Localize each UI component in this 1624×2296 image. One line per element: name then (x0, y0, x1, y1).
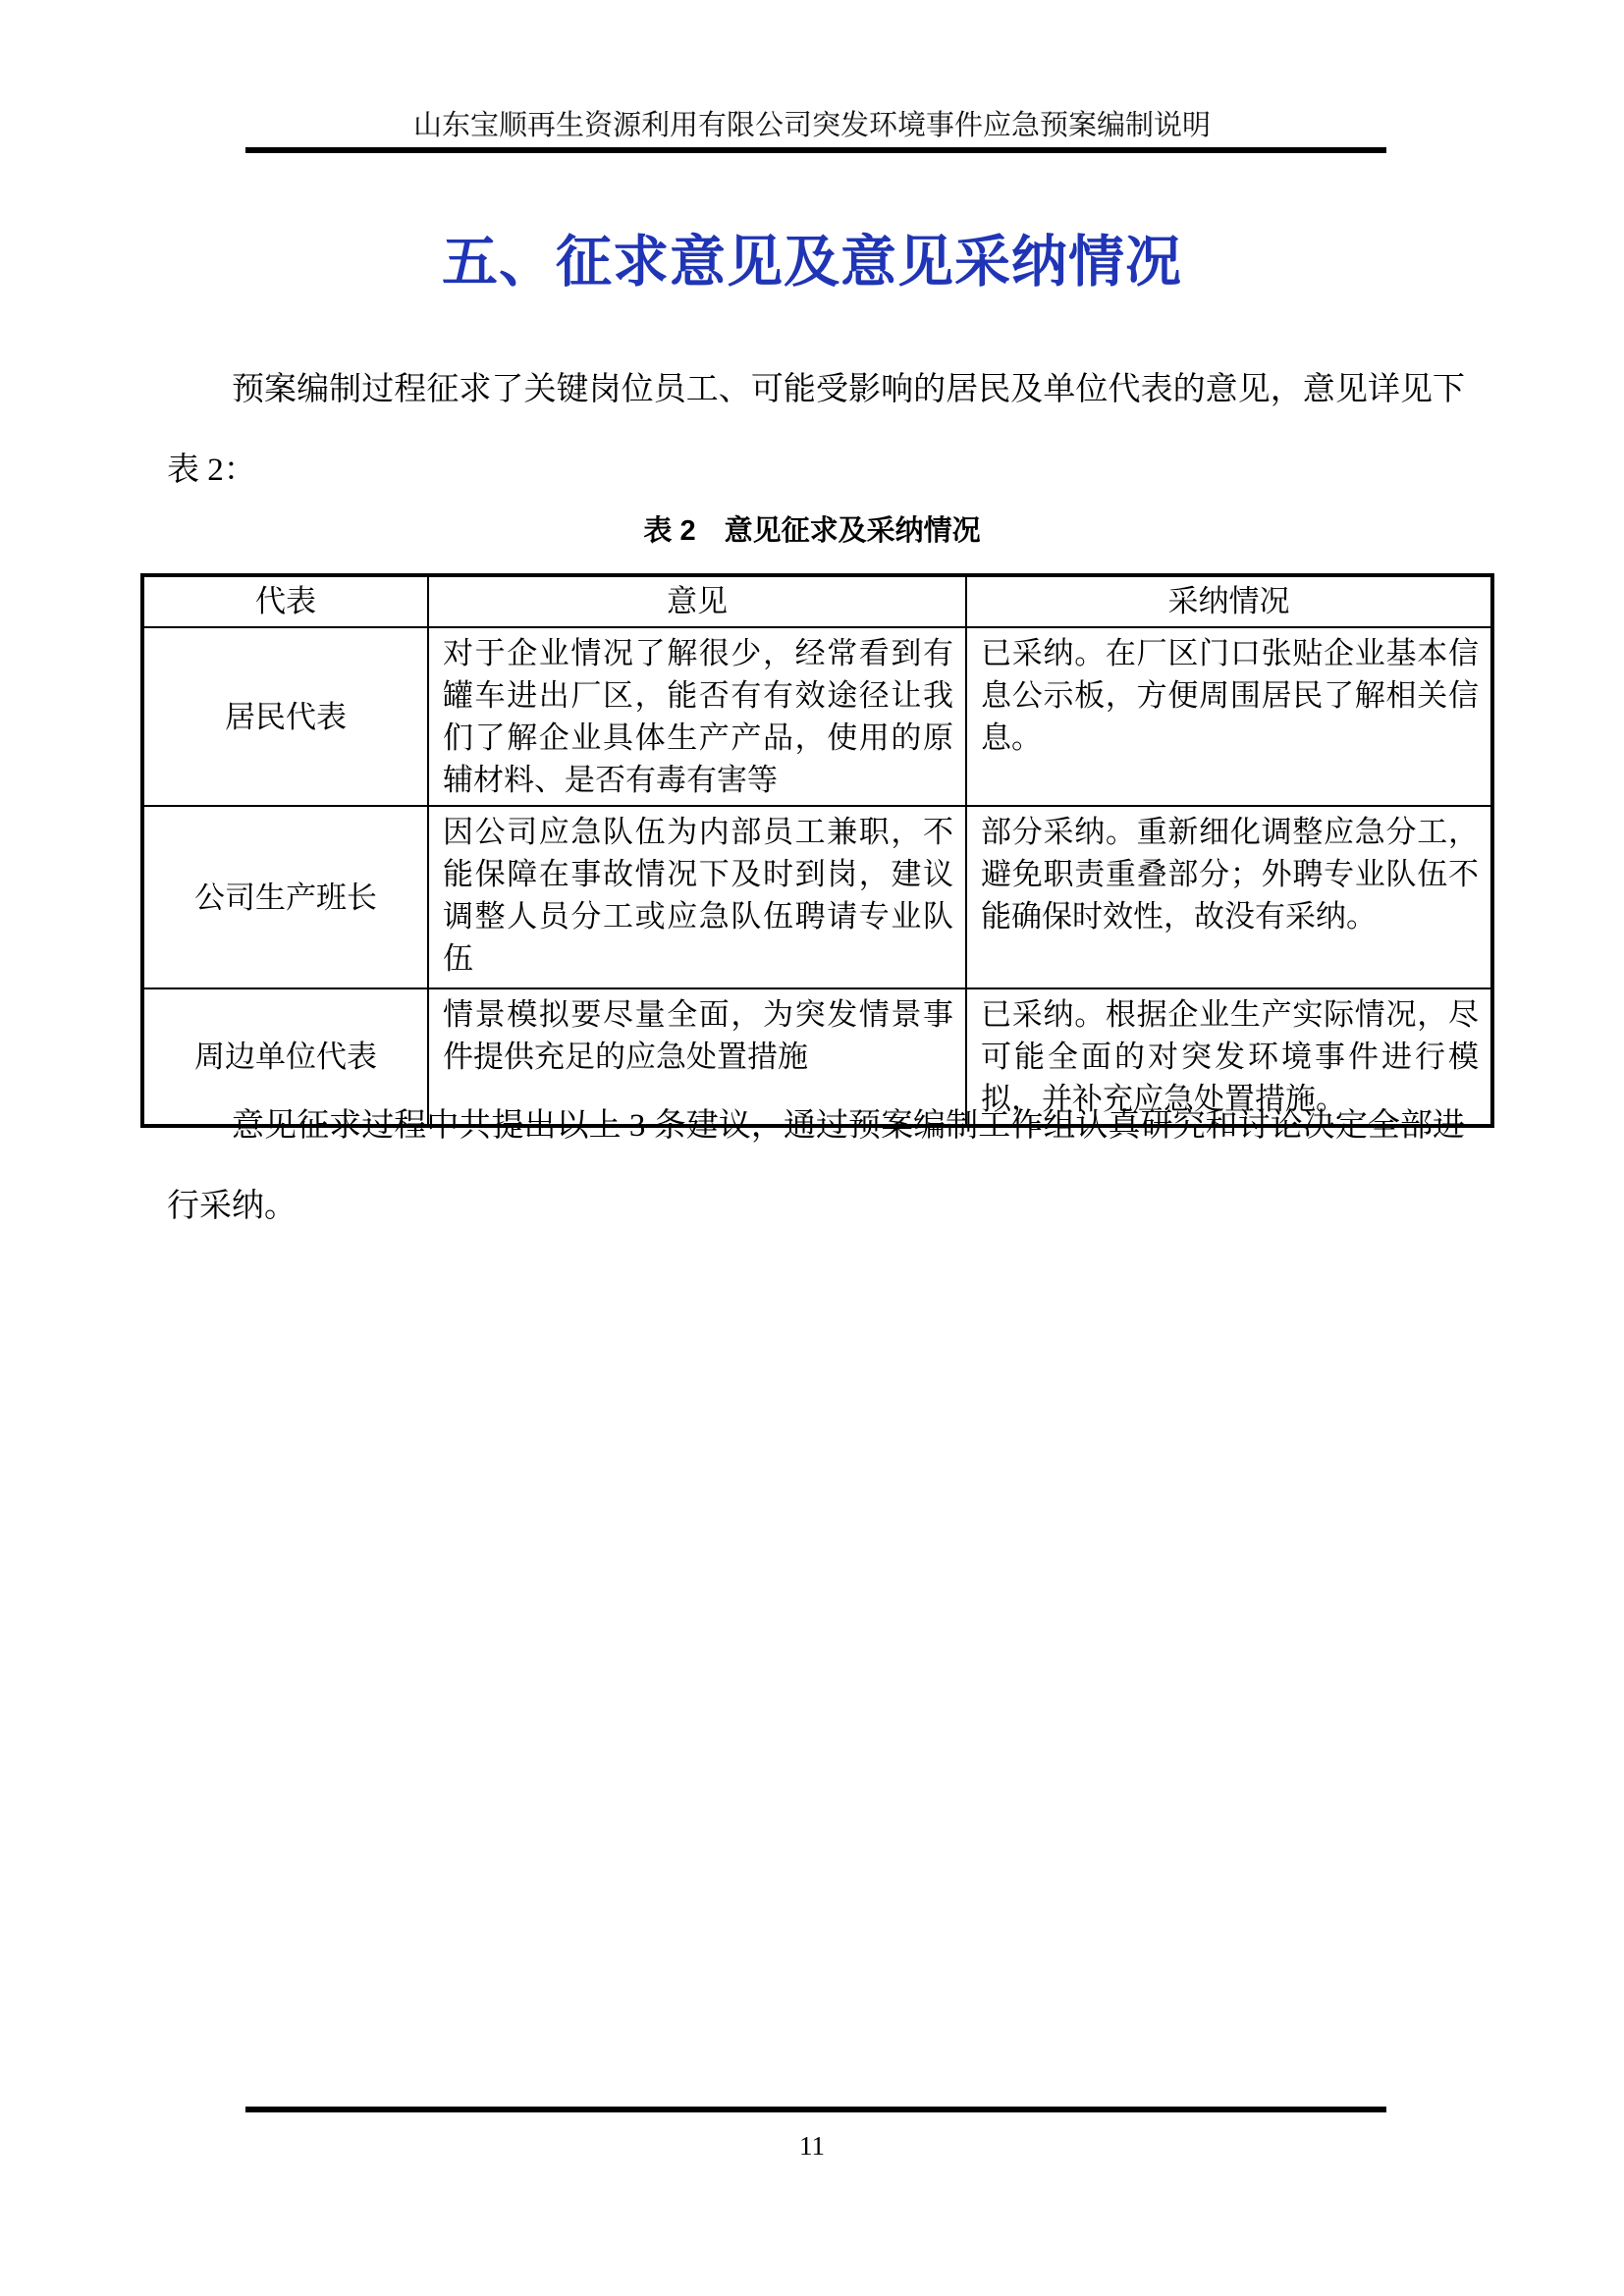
cell-adoption: 已采纳。在厂区门口张贴企业基本信息公示板，方便周围居民了解相关信息。 (966, 627, 1492, 806)
cell-opinion: 对于企业情况了解很少，经常看到有罐车进出厂区，能否有有效途径让我们了解企业具体生… (428, 627, 966, 806)
opinion-table: 代表 意见 采纳情况 居民代表 对于企业情况了解很少，经常看到有罐车进出厂区，能… (140, 573, 1494, 1128)
col-header-representative: 代表 (142, 575, 428, 627)
cell-opinion: 因公司应急队伍为内部员工兼职，不能保障在事故情况下及时到岗，建议调整人员分工或应… (428, 806, 966, 988)
cell-representative: 居民代表 (142, 627, 428, 806)
closing-paragraph: 意见征求过程中共提出以上 3 条建议，通过预案编制工作组认真研究和讨论决定全部进… (167, 1086, 1465, 1247)
footer-rule (245, 2107, 1386, 2112)
intro-paragraph: 预案编制过程征求了关键岗位员工、可能受影响的居民及单位代表的意见，意见详见下表 … (167, 349, 1465, 510)
cell-representative: 公司生产班长 (142, 806, 428, 988)
section-title: 五、征求意见及意见采纳情况 (0, 218, 1624, 308)
document-page: 山东宝顺再生资源利用有限公司突发环境事件应急预案编制说明 五、征求意见及意见采纳… (0, 0, 1624, 2296)
col-header-adoption: 采纳情况 (966, 575, 1492, 627)
table-row: 居民代表 对于企业情况了解很少，经常看到有罐车进出厂区，能否有有效途径让我们了解… (142, 627, 1492, 806)
header-rule (245, 147, 1386, 153)
page-number: 11 (0, 2128, 1624, 2163)
table-caption: 表 2 意见征求及采纳情况 (0, 510, 1624, 552)
header-title: 山东宝顺再生资源利用有限公司突发环境事件应急预案编制说明 (413, 110, 1211, 141)
col-header-opinion: 意见 (428, 575, 966, 627)
page-header: 山东宝顺再生资源利用有限公司突发环境事件应急预案编制说明 (0, 106, 1624, 145)
cell-adoption: 部分采纳。重新细化调整应急分工，避免职责重叠部分；外聘专业队伍不能确保时效性，故… (966, 806, 1492, 988)
table-header-row: 代表 意见 采纳情况 (142, 575, 1492, 627)
table-row: 公司生产班长 因公司应急队伍为内部员工兼职，不能保障在事故情况下及时到岗，建议调… (142, 806, 1492, 988)
